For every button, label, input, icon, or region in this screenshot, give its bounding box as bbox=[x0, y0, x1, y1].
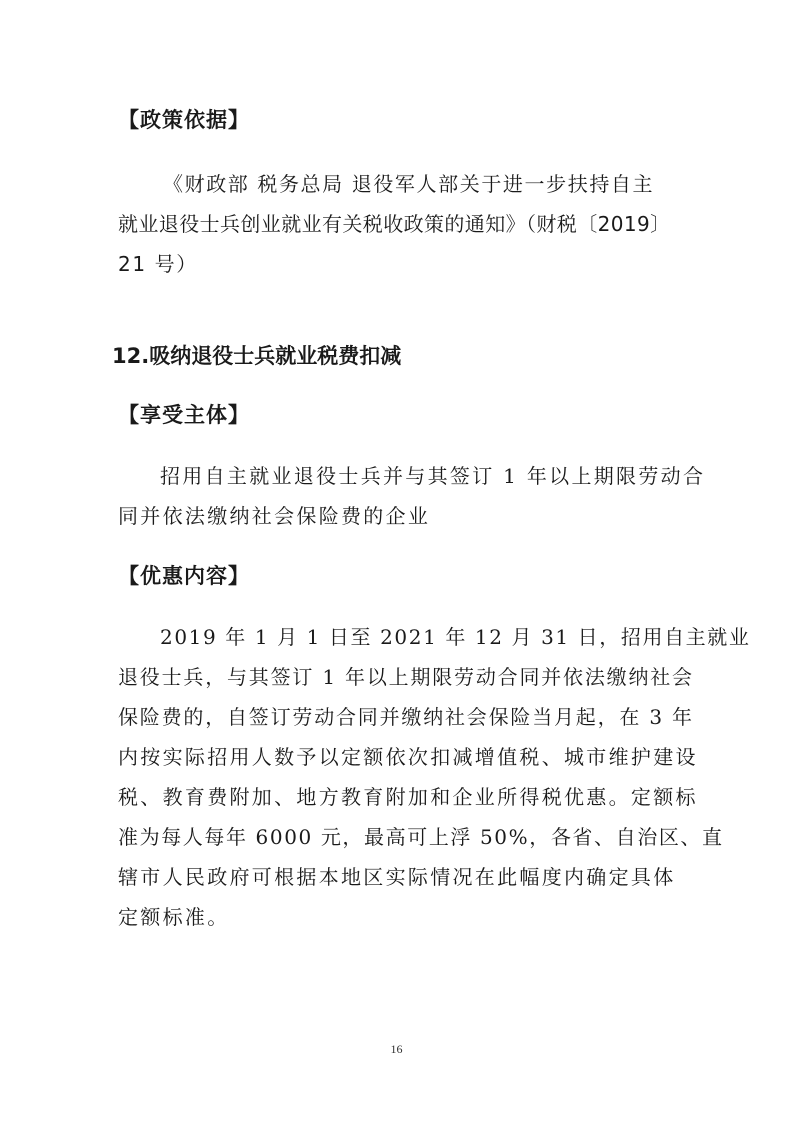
beneficiary-line-2: 同并依法缴纳社会保险费的企业 bbox=[118, 500, 430, 529]
content-line-2: 退役士兵，与其签订 1 年以上期限劳动合同并依法缴纳社会 bbox=[118, 661, 694, 690]
content-line-5: 税、教育费附加、地方教育附加和企业所得税优惠。定额标 bbox=[118, 781, 698, 810]
content-line-4: 内按实际招用人数予以定额依次扣减增值税、城市维护建设 bbox=[118, 741, 698, 770]
content-line-7: 辖市人民政府可根据本地区实际情况在此幅度内确定具体 bbox=[118, 861, 676, 890]
content-line-1: 2019 年 1 月 1 日至 2021 年 12 月 31 日，招用自主就业 bbox=[160, 621, 750, 650]
beneficiary-heading: 【享受主体】 bbox=[118, 399, 250, 429]
beneficiary-line-1: 招用自主就业退役士兵并与其签订 1 年以上期限劳动合 bbox=[160, 460, 705, 489]
content-line-8: 定额标准。 bbox=[118, 901, 230, 930]
preferential-content-heading: 【优惠内容】 bbox=[118, 560, 250, 590]
policy-basis-heading: 【政策依据】 bbox=[118, 104, 250, 134]
content-line-3: 保险费的，自签订劳动合同并缴纳社会保险当月起，在 3 年 bbox=[118, 701, 694, 730]
policy-basis-line-3: 21 号） bbox=[118, 248, 198, 277]
policy-basis-line-2: 就业退役士兵创业就业有关税收政策的通知》（财税〔2019〕 bbox=[118, 208, 671, 237]
document-page: 【政策依据】 《财政部 税务总局 退役军人部关于进一步扶持自主 就业退役士兵创业… bbox=[0, 0, 793, 1122]
section-title: 12.吸纳退役士兵就业税费扣减 bbox=[112, 340, 401, 370]
page-number: 16 bbox=[0, 1042, 793, 1057]
policy-basis-line-1: 《财政部 税务总局 退役军人部关于进一步扶持自主 bbox=[163, 168, 654, 197]
content-line-6: 准为每人每年 6000 元，最高可上浮 50%，各省、自治区、直 bbox=[118, 821, 724, 850]
